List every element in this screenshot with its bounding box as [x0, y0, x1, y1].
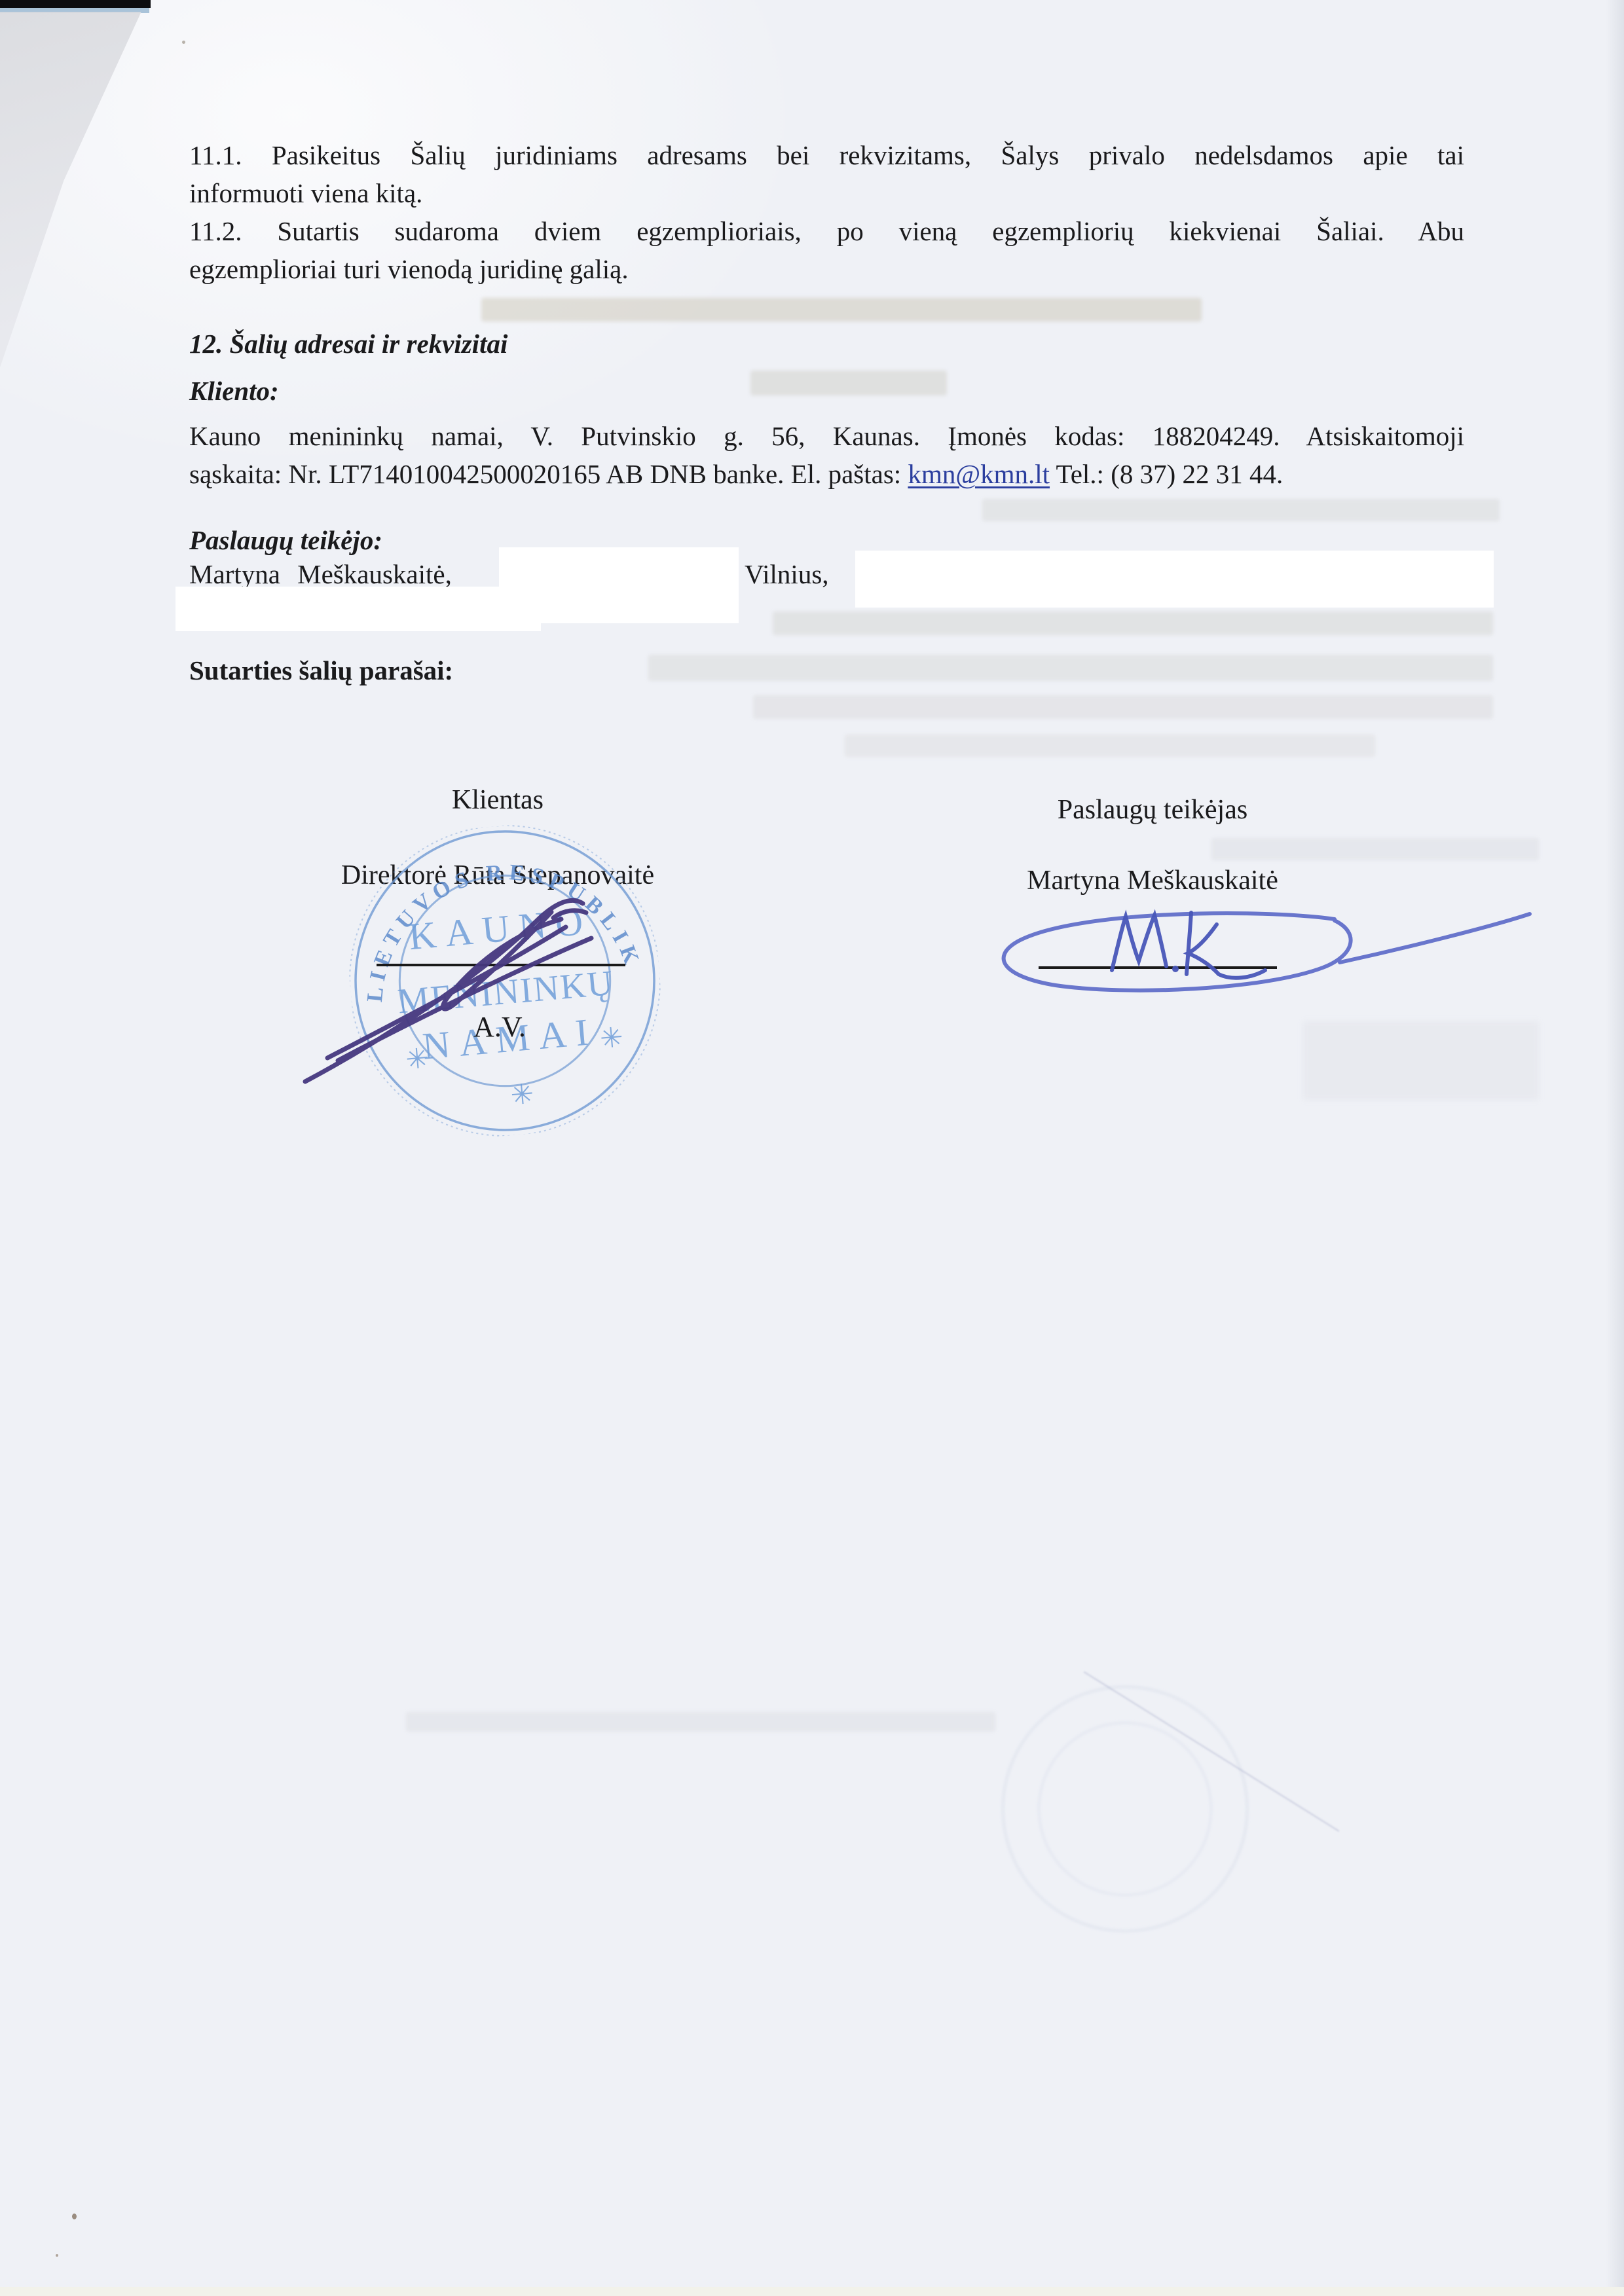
provider-city: Vilnius, [745, 558, 829, 590]
bleedthrough-line [845, 735, 1375, 757]
clause-11-2-line2: egzemplioriai turi vienodą juridinę gali… [189, 253, 1464, 285]
scanned-contract-page: 11.1. Pasikeitus Šalių juridiniams adres… [0, 0, 1624, 2296]
right-party-title: Paslaugų teikėjas [917, 793, 1388, 826]
redaction-box-provider-account [855, 551, 1494, 608]
bleedthrough-title-bar [481, 298, 1202, 321]
section-12-heading: 12. Šalių adresai ir rekvizitai [189, 327, 1464, 360]
bleedthrough-line [753, 695, 1493, 719]
clause-11-1-line2: informuoti viena kitą. [189, 177, 1464, 210]
bleedthrough-stamp-outer [1002, 1686, 1248, 1932]
client-bank-email-text: sąskaita: Nr. LT714010042500020165 AB DN… [189, 459, 901, 489]
client-details-line1: Kauno menininkų namai, V. Putvinskio g. … [189, 420, 1464, 452]
provider-name: Martyna Meškauskaitė, [189, 558, 452, 590]
page-corner-fold [0, 12, 152, 378]
clause-11-1-line1: 11.1. Pasikeitus Šalių juridiniams adres… [189, 139, 1464, 172]
client-details-line2: sąskaita: Nr. LT714010042500020165 AB DN… [189, 458, 1464, 490]
bottom-edge-band [0, 2287, 1624, 2296]
left-signature-line [377, 964, 625, 966]
scan-speck [182, 41, 185, 44]
scanner-bar-artifact [0, 0, 151, 8]
right-signatory-name: Martyna Meškauskaitė [917, 864, 1388, 897]
clause-11-2-line1: 11.2. Sutartis sudaroma dviem egzemplior… [189, 215, 1464, 247]
bleedthrough-patch [1303, 1021, 1539, 1100]
signatures-heading: Sutarties šalių parašai: [189, 654, 1464, 687]
bleedthrough-line [406, 1712, 995, 1732]
client-email-link[interactable]: kmn@kmn.lt [908, 459, 1050, 489]
stamp-star-left-icon: ✳ [405, 1043, 430, 1076]
scan-speck [72, 2214, 77, 2219]
scan-speck [56, 2254, 58, 2257]
seal-abbreviation: A.V. [451, 1010, 549, 1044]
bleedthrough-stamp-inner [1038, 1722, 1212, 1896]
bleedthrough-line [982, 499, 1500, 521]
left-party-title: Klientas [262, 784, 733, 816]
right-edge-shadow [1606, 0, 1624, 2296]
bleedthrough-signature-stroke [1083, 1671, 1340, 1832]
bleedthrough-line [1211, 838, 1539, 860]
stamp-star-bottom-icon: ✳ [509, 1079, 535, 1112]
stamp-star-right-icon: ✳ [599, 1022, 624, 1055]
right-signature-line [1039, 966, 1277, 969]
client-label: Kliento: [189, 374, 1464, 407]
right-pen-signature [1004, 913, 1530, 991]
redaction-box-provider-address [175, 587, 541, 631]
bleedthrough-line [773, 611, 1493, 635]
official-stamp: LIETUVOS RESPUBLIKA KAUNO MENININKŲ NAMA… [337, 813, 672, 1148]
client-phone-text: Tel.: (8 37) 22 31 44. [1056, 459, 1283, 489]
